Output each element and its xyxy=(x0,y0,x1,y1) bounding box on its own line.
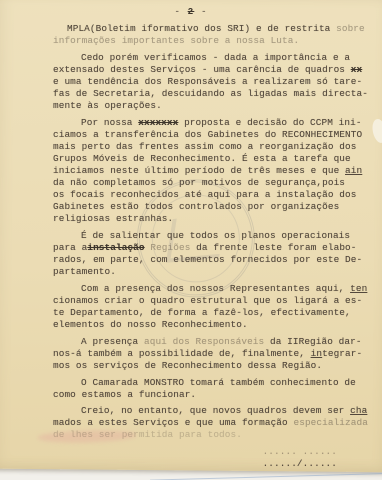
text-line: mais perto das frentes assim como a reor… xyxy=(53,141,355,153)
text-segment: - xyxy=(194,6,207,17)
text-segment: da IIRegião dar- xyxy=(264,336,361,347)
text-line: - 2 - xyxy=(0,6,382,18)
text-segment: te Departamento, de forma a fazê-los, ef… xyxy=(53,307,351,318)
text-line: como estamos a funcionar. xyxy=(53,389,355,401)
text-segment: fas de Secretaria, descuidando as ligada… xyxy=(53,88,368,99)
text-line: elementos do nosso Reconhecimento. xyxy=(53,319,355,331)
text-segment: Regiões xyxy=(150,242,190,253)
text-segment: iniciamos neste último período de três m… xyxy=(53,165,345,176)
text-line: fas de Secretaria, descuidando as ligada… xyxy=(53,88,355,100)
scan-background: - 2 - MPLA(Boletim iformativo dos SRI) e… xyxy=(0,0,382,480)
text-segment: partamento. xyxy=(53,266,116,277)
text-segment: Grupos Móveis de Reconhecimento. É esta … xyxy=(53,153,351,164)
text-segment: in xyxy=(311,348,322,359)
paragraph: ...... ............/...... xyxy=(53,446,355,470)
text-line: Com a presença dos nossos Representantes… xyxy=(53,283,355,295)
text-line: Por nossa xxxxxxx proposta e decisão do … xyxy=(53,117,355,129)
text-segment: informações importantes sobre a nossa Lu… xyxy=(53,35,299,46)
paragraph: Com a presença dos nossos Representantes… xyxy=(53,283,355,331)
text-line: A presença aqui dos Responsáveis da IIRe… xyxy=(53,336,355,348)
text-line: mente às operações. xyxy=(53,100,355,112)
text-line: ...... ...... xyxy=(53,446,337,458)
text-line: mos os serviços de Reconhecimento dessa … xyxy=(53,360,355,372)
text-line: partamento. xyxy=(53,266,355,278)
text-segment: ...... ...... xyxy=(263,446,337,457)
text-segment: tegrar- xyxy=(322,348,362,359)
text-segment: cionamos criar o quadro estrutural que o… xyxy=(53,295,362,306)
text-line: e uma tendência dos Responsáveis a reali… xyxy=(53,76,355,88)
paragraph: Creio, no entanto, que novos quadros dev… xyxy=(53,405,355,441)
paragraph: MPLA(Boletim iformativo dos SRI) e de re… xyxy=(53,23,355,47)
text-segment: aqui dos Responsáveis xyxy=(144,336,264,347)
text-line: extensado destes Serviços - uma carência… xyxy=(53,64,355,76)
text-segment: Cedo porém verificamos - dada a importân… xyxy=(81,52,350,63)
text-segment: os focais reconhecidos até aqui para a i… xyxy=(53,189,356,200)
text-segment: A presença xyxy=(81,336,144,347)
text-segment: elementos do nosso Reconhecimento. xyxy=(53,319,248,330)
text-segment: cha xyxy=(350,405,367,416)
text-segment: mados a estes Serviços e que uma formaçã… xyxy=(53,417,294,428)
paper-tear-mark xyxy=(369,118,382,145)
text-line: os focais reconhecidos até aqui para a i… xyxy=(53,189,355,201)
text-segment: como estamos a funcionar. xyxy=(53,389,196,400)
paragraph: É de salientar que todos os planos opera… xyxy=(53,230,355,278)
text-segment: ....../...... xyxy=(263,458,337,469)
text-line: É de salientar que todos os planos opera… xyxy=(53,230,355,242)
text-segment: mos os serviços de Reconhecimento dessa … xyxy=(53,360,322,371)
text-segment: ain xyxy=(345,165,362,176)
text-segment: MPLA(Boletim iformativo dos SRI) e de re… xyxy=(67,23,336,34)
text-segment: sobre xyxy=(336,23,365,34)
text-line: cionamos criar o quadro estrutural que o… xyxy=(53,295,355,307)
text-segment: da frente leste foram elabo- xyxy=(190,242,356,253)
text-line: Cedo porém verificamos - dada a importân… xyxy=(53,52,355,64)
text-segment: Creio, no entanto, que novos quadros dev… xyxy=(81,405,350,416)
text-line: informações importantes sobre a nossa Lu… xyxy=(53,35,355,47)
text-line: da não completamos só por motivos de seg… xyxy=(53,177,355,189)
text-segment: ciamos a transferência dos Gabinetes do … xyxy=(53,129,362,140)
text-line: iniciamos neste último período de três m… xyxy=(53,165,355,177)
text-segment: - xyxy=(174,6,187,17)
text-segment: xxxxxxx xyxy=(138,117,178,128)
paragraph: A presença aqui dos Responsáveis da IIRe… xyxy=(53,336,355,372)
text-segment: xx xyxy=(351,64,362,75)
text-line: Creio, no entanto, que novos quadros dev… xyxy=(53,405,355,417)
text-segment: É de salientar que todos os planos opera… xyxy=(81,230,350,241)
text-segment: proposta e decisão do CCPM ini- xyxy=(178,117,361,128)
text-segment: mente às operações. xyxy=(53,100,162,111)
paragraph: Por nossa xxxxxxx proposta e decisão do … xyxy=(53,117,355,226)
text-segment: instalação xyxy=(87,242,144,253)
text-line: de lhes ser permitida para todos. xyxy=(53,429,355,441)
text-segment: religiosas estranhas. xyxy=(53,213,173,224)
text-segment: Gabinetes estão todos controlados por or… xyxy=(53,201,339,212)
text-line: te Departamento, de forma a fazê-los, ef… xyxy=(53,307,355,319)
text-line: ....../...... xyxy=(53,458,337,470)
text-segment: ten xyxy=(350,283,367,294)
text-line: O Camarada MONSTRO tomará também conheci… xyxy=(53,377,355,389)
paragraph: Cedo porém verificamos - dada a importân… xyxy=(53,52,355,112)
text-line: religiosas estranhas. xyxy=(53,213,355,225)
text-line: para ainstalação Regiões da frente leste… xyxy=(53,242,355,254)
text-segment: extensado destes Serviços - uma carência… xyxy=(53,64,351,75)
text-segment: de lhes ser permitida para todos. xyxy=(53,429,242,440)
text-segment: para a xyxy=(53,242,87,253)
document-body: MPLA(Boletim iformativo dos SRI) e de re… xyxy=(53,23,355,475)
text-line: Grupos Móveis de Reconhecimento. É esta … xyxy=(53,153,355,165)
page-number: - 2 - xyxy=(0,6,382,18)
text-segment: O Camarada MONSTRO tomará também conheci… xyxy=(81,377,356,388)
text-line: MPLA(Boletim iformativo dos SRI) e de re… xyxy=(53,23,355,35)
text-segment: nos-á também a possibilidade de, finalme… xyxy=(53,348,311,359)
text-segment: especializada xyxy=(294,417,368,428)
paragraph: O Camarada MONSTRO tomará também conheci… xyxy=(53,377,355,401)
text-line: Gabinetes estão todos controlados por or… xyxy=(53,201,355,213)
text-segment: Com a presença dos nossos Representantes… xyxy=(81,283,350,294)
text-line: nos-á também a possibilidade de, finalme… xyxy=(53,348,355,360)
text-line: ciamos a transferência dos Gabinetes do … xyxy=(53,129,355,141)
text-line: rados, em parte, com elementos fornecido… xyxy=(53,254,355,266)
text-segment: e uma tendência dos Responsáveis a reali… xyxy=(53,76,362,87)
text-segment: da não completamos só por motivos de seg… xyxy=(53,177,345,188)
text-segment: rados, em parte, com elementos fornecido… xyxy=(53,254,362,265)
text-segment: Por nossa xyxy=(81,117,138,128)
text-line: mados a estes Serviços e que uma formaçã… xyxy=(53,417,355,429)
text-segment: mais perto das frentes assim como a reor… xyxy=(53,141,356,152)
